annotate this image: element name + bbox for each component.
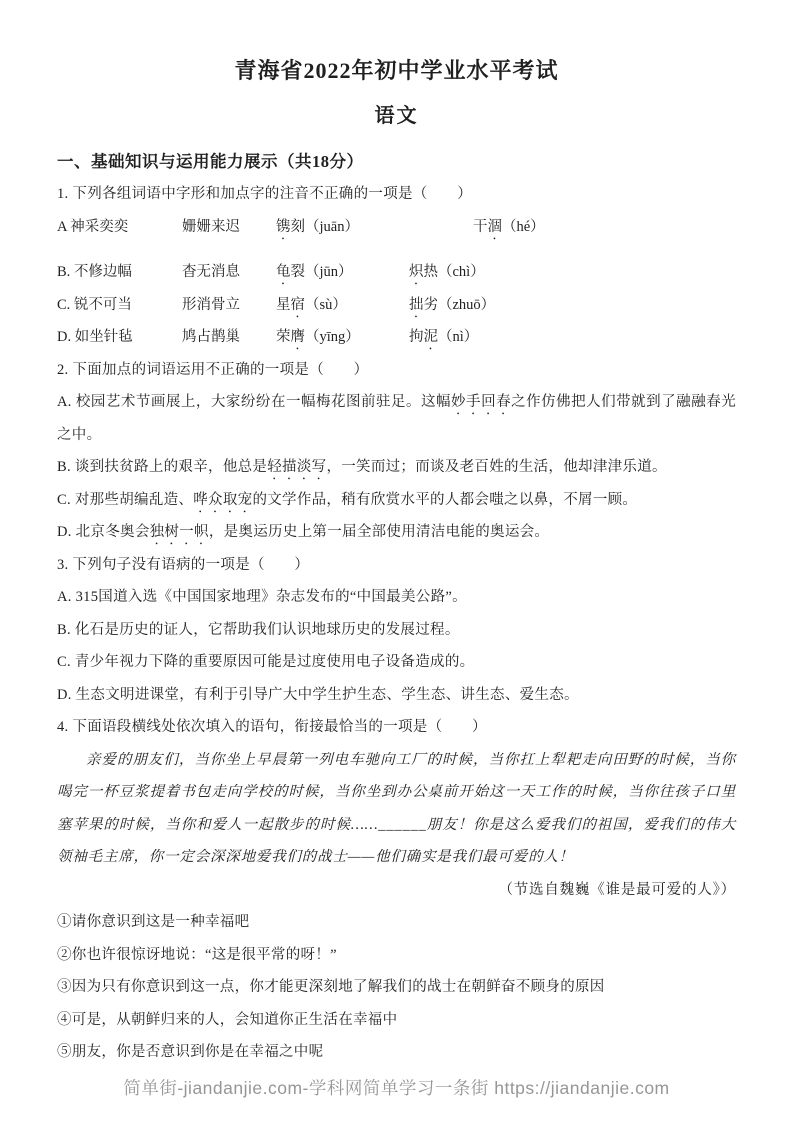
text-segment: 形消骨立 (182, 297, 240, 313)
text-segment: 荣 (276, 329, 291, 345)
q1-b-word-3: 龟裂（jūn） (276, 256, 409, 289)
q4-item-4: ④可是，从朝鲜归来的人，会知道你正生活在幸福中 (57, 1004, 736, 1037)
q3-option-c: C. 青少年视力下降的重要原因可能是过度使用电子设备造成的。 (57, 646, 736, 679)
q3-stem: 3. 下列句子没有语病的一项是（ ） (57, 549, 736, 582)
q1-a-word-4: 干涸（hé） (409, 211, 736, 244)
exam-page: 青海省2022年初中学业水平考试 语文 一、基础知识与运用能力展示（共18分） … (0, 0, 793, 1122)
text-segment: 干 (473, 219, 488, 235)
text-segment: A. 校园艺术节画展上，大家纷纷在一幅梅花图前驻足。这幅 (57, 394, 451, 410)
text-segment: 姗姗来迟 (182, 219, 240, 235)
q4-item-1: ①请你意识到这是一种幸福吧 (57, 906, 736, 939)
q1-b-word-1: B. 不修边幅 (57, 256, 182, 289)
q4-passage-source: （节选自魏巍《谁是最可爱的人》） (57, 874, 736, 907)
text-segment: 星 (276, 297, 291, 313)
q1-stem: 1. 下列各组词语中字形和加点字的注音不正确的一项是（ ） (57, 178, 736, 211)
q1-option-c: C. 锐不可当 形消骨立 星宿（sù） 拙劣（zhuō） (57, 289, 736, 322)
emphasized-dotted-text: 镌 (276, 219, 291, 235)
q4-item-2: ②你也许很惊讶地说：“这是很平常的呀！” (57, 939, 736, 972)
text-segment: ，是奥运历史上第一届全部使用清洁电能的奥运会。 (209, 524, 549, 540)
text-segment: （nì） (438, 329, 478, 345)
text-segment: D. 如坐针毡 (57, 329, 133, 345)
text-segment: （yīng） (305, 329, 360, 345)
q1-d-word-4: 拘泥（nì） (409, 321, 736, 354)
q1-b-word-4: 炽热（chì） (409, 256, 736, 289)
q1-d-word-2: 鸠占鹊巢 (182, 321, 276, 354)
q2-option-b: B. 谈到扶贫路上的艰辛，他总是轻描淡写，一笑而过；而谈及老百姓的生活，他却津津… (57, 451, 736, 484)
q1-a-word-2: 姗姗来迟 (182, 211, 276, 244)
emphasized-dotted-text: 涸 (488, 219, 503, 235)
q2-option-a: A. 校园艺术节画展上，大家纷纷在一幅梅花图前驻足。这幅妙手回春之作仿佛把人们带… (57, 386, 736, 451)
text-segment: 刻（juān） (291, 219, 359, 235)
text-segment: 杳无消息 (182, 264, 240, 280)
emphasized-dotted-text: 轻描淡写 (267, 459, 326, 475)
text-segment: （hé） (502, 219, 545, 235)
q1-c-word-4: 拙劣（zhuō） (409, 289, 736, 322)
text-segment: 裂（jūn） (291, 264, 353, 280)
text-segment: D. 北京冬奥会 (57, 524, 150, 540)
q4-item-3: ③因为只有你意识到这一点，你才能更深刻地了解我们的战士在朝鲜奋不顾身的原因 (57, 971, 736, 1004)
emphasized-dotted-text: 宿 (291, 297, 306, 313)
q1-option-d: D. 如坐针毡 鸠占鹊巢 荣膺（yīng） 拘泥（nì） (57, 321, 736, 354)
text-segment: 热（chì） (424, 264, 485, 280)
q1-options: A 神采奕奕 姗姗来迟 镌刻（juān） 干涸（hé） B. 不修边幅 杳无消息… (57, 211, 736, 354)
emphasized-dotted-text: 膺 (291, 329, 306, 345)
q2-option-d: D. 北京冬奥会独树一帜，是奥运历史上第一届全部使用清洁电能的奥运会。 (57, 516, 736, 549)
q4-stem: 4. 下面语段横线处依次填入的语句，衔接最恰当的一项是（ ） (57, 711, 736, 744)
emphasized-dotted-text: 拙 (409, 297, 424, 313)
emphasized-dotted-text: 龟 (276, 264, 291, 280)
q2-stem: 2. 下面加点的词语运用不正确的一项是（ ） (57, 354, 736, 387)
text-segment: 鸠占鹊巢 (182, 329, 240, 345)
text-segment: ，一笑而过；而谈及老百姓的生活，他却津津乐道。 (326, 459, 666, 475)
q1-b-word-2: 杳无消息 (182, 256, 276, 289)
text-segment: 的文学作品，稍有欣赏水平的人都会嗤之以鼻，不屑一顾。 (252, 492, 637, 508)
q1-c-word-3: 星宿（sù） (276, 289, 409, 322)
text-segment: （sù） (305, 297, 347, 313)
emphasized-dotted-text: 妙手回春 (451, 394, 511, 410)
text-segment: C. 对那些胡编乱造、 (57, 492, 193, 508)
section-heading: 一、基础知识与运用能力展示（共18分） (57, 150, 736, 174)
q4-passage: 亲爱的朋友们，当你坐上早晨第一列电车驰向工厂的时候，当你扛上犁耙走向田野的时候，… (57, 744, 736, 874)
watermark-footer: 简单街-jiandanjie.com-学科网简单学习一条街 https://ji… (0, 1076, 793, 1100)
text-segment: 拘 (409, 329, 424, 345)
text-segment: B. 不修边幅 (57, 264, 132, 280)
text-segment: C. 锐不可当 (57, 297, 132, 313)
q1-d-word-3: 荣膺（yīng） (276, 321, 409, 354)
emphasized-dotted-text: 泥 (424, 329, 439, 345)
q1-option-a: A 神采奕奕 姗姗来迟 镌刻（juān） 干涸（hé） (57, 211, 736, 244)
q3-option-d: D. 生态文明进课堂，有利于引导广大中学生护生态、学生态、讲生态、爱生态。 (57, 679, 736, 712)
text-segment: 劣（zhuō） (424, 297, 496, 313)
q4-item-5: ⑤朋友，你是否意识到你是在幸福之中呢 (57, 1036, 736, 1069)
q1-a-word-3: 镌刻（juān） (276, 211, 409, 244)
q1-d-word-1: D. 如坐针毡 (57, 321, 182, 354)
emphasized-dotted-text: 哗众取宠 (193, 492, 252, 508)
q1-option-b: B. 不修边幅 杳无消息 龟裂（jūn） 炽热（chì） (57, 256, 736, 289)
text-segment: B. 谈到扶贫路上的艰辛，他总是 (57, 459, 267, 475)
q1-a-word-1: A 神采奕奕 (57, 211, 182, 244)
text-segment: A 神采奕奕 (57, 219, 128, 235)
q1-c-word-2: 形消骨立 (182, 289, 276, 322)
q1-c-word-1: C. 锐不可当 (57, 289, 182, 322)
emphasized-dotted-text: 炽 (409, 264, 424, 280)
q2-option-c: C. 对那些胡编乱造、哗众取宠的文学作品，稍有欣赏水平的人都会嗤之以鼻，不屑一顾… (57, 484, 736, 517)
emphasized-dotted-text: 独树一帜 (150, 524, 209, 540)
q3-option-a: A. 315国道入选《中国国家地理》杂志发布的“中国最美公路”。 (57, 581, 736, 614)
q3-option-b: B. 化石是历史的证人，它帮助我们认识地球历史的发展过程。 (57, 614, 736, 647)
exam-title: 青海省2022年初中学业水平考试 (57, 56, 736, 86)
exam-subject: 语文 (57, 102, 736, 130)
